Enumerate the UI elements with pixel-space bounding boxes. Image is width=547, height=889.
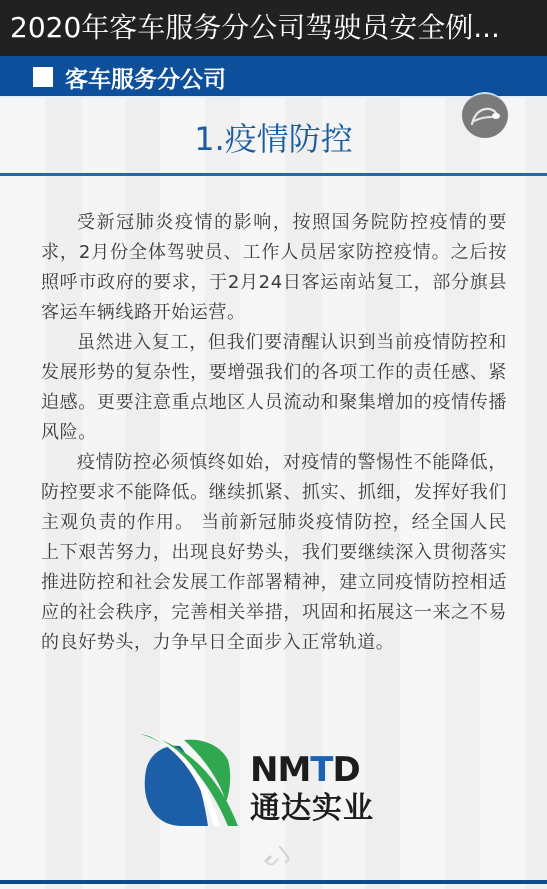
article-heading: 1.疫情防控 [0, 116, 547, 162]
heading-divider [0, 173, 547, 176]
square-bullet-icon [33, 67, 53, 87]
company-logo: NMTD 通达实业 [136, 730, 406, 830]
logo-text-prefix: NM [250, 750, 310, 790]
logo-mark-icon [136, 730, 246, 830]
window-title: 2020年客车服务分公司驾驶员安全例... [0, 0, 547, 56]
logo-text-accent: T [310, 750, 332, 790]
logo-text-en: NMTD [250, 752, 360, 788]
paragraph: 疫情防控必须慎终如始，对疫情的警惕性不能降低，防控要求不能降低。继续抓紧、抓实、… [41, 448, 507, 658]
logo-text-suffix: D [333, 750, 360, 790]
paragraph: 虽然进入复工，但我们要清醒认识到当前疫情防控和发展形势的复杂性，要增强我们的各项… [41, 328, 507, 448]
bottom-divider [0, 880, 547, 884]
swipe-up-icon [262, 843, 292, 867]
article-body: 受新冠肺炎疫情的影响，按照国务院防控疫情的要求，2月份全体驾驶员、工作人员居家防… [41, 208, 507, 658]
section-label: 客车服务分公司 [65, 61, 226, 94]
paragraph: 受新冠肺炎疫情的影响，按照国务院防控疫情的要求，2月份全体驾驶员、工作人员居家防… [41, 208, 507, 328]
section-header: 客车服务分公司 [0, 56, 547, 98]
scroll-hint[interactable] [262, 843, 292, 867]
logo-text-cn: 通达实业 [250, 792, 374, 826]
